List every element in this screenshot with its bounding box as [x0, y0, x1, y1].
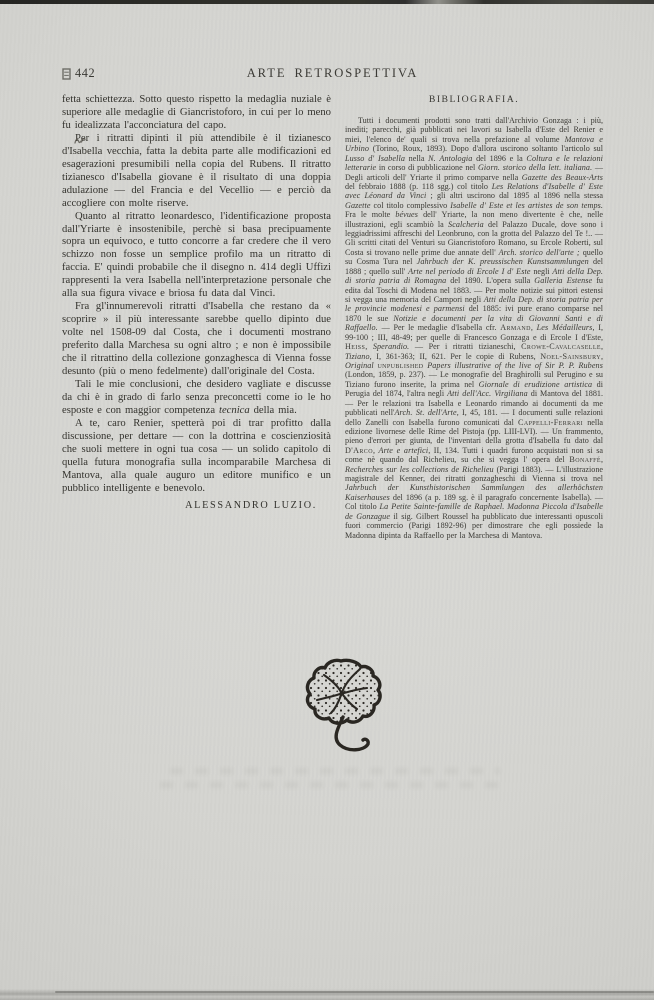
article-signature: ALESSANDRO LUZIO. — [62, 500, 331, 511]
nasturtium-leaf-ornament-icon — [294, 656, 394, 761]
article-column: fetta schiettezza. Sotto questo rispetto… — [62, 94, 331, 511]
pencil-mark-icon — [61, 135, 86, 150]
bleed-through-text — [160, 782, 505, 788]
article-paragraph: Fra gl'innumerevoli ritratti d'Isabella … — [62, 301, 331, 379]
article-paragraph: Quanto al ritratto leonardesco, l'identi… — [62, 211, 331, 302]
bleed-through-text — [170, 768, 500, 774]
article-paragraph: A te, caro Renier, spetterà poi di trar … — [62, 418, 331, 496]
bibliography-heading: BIBLIOGRAFIA. — [345, 94, 603, 105]
page-header: 442 ARTE RETROSPETTIVA — [62, 66, 603, 84]
bibliography-column: BIBLIOGRAFIA. Tutti i documenti prodotti… — [345, 94, 603, 540]
article-paragraph: fetta schiettezza. Sotto questo rispetto… — [62, 94, 331, 133]
article-paragraph: Per i ritratti dipinti il più attendibil… — [62, 133, 331, 211]
bibliography-text: Tutti i documenti prodotti sono tratti d… — [345, 116, 603, 540]
scan-top-edge — [0, 0, 654, 4]
scanned-book-page: { "page": { "number": "442", "running_ti… — [0, 0, 654, 1000]
running-title: ARTE RETROSPETTIVA — [62, 66, 603, 81]
article-paragraph: Tali le mie conclusioni, che desidero va… — [62, 379, 331, 418]
scan-bottom-edge — [0, 989, 654, 1000]
article-paragraph-text: Per i ritratti dipinti il più attendibil… — [62, 133, 331, 209]
